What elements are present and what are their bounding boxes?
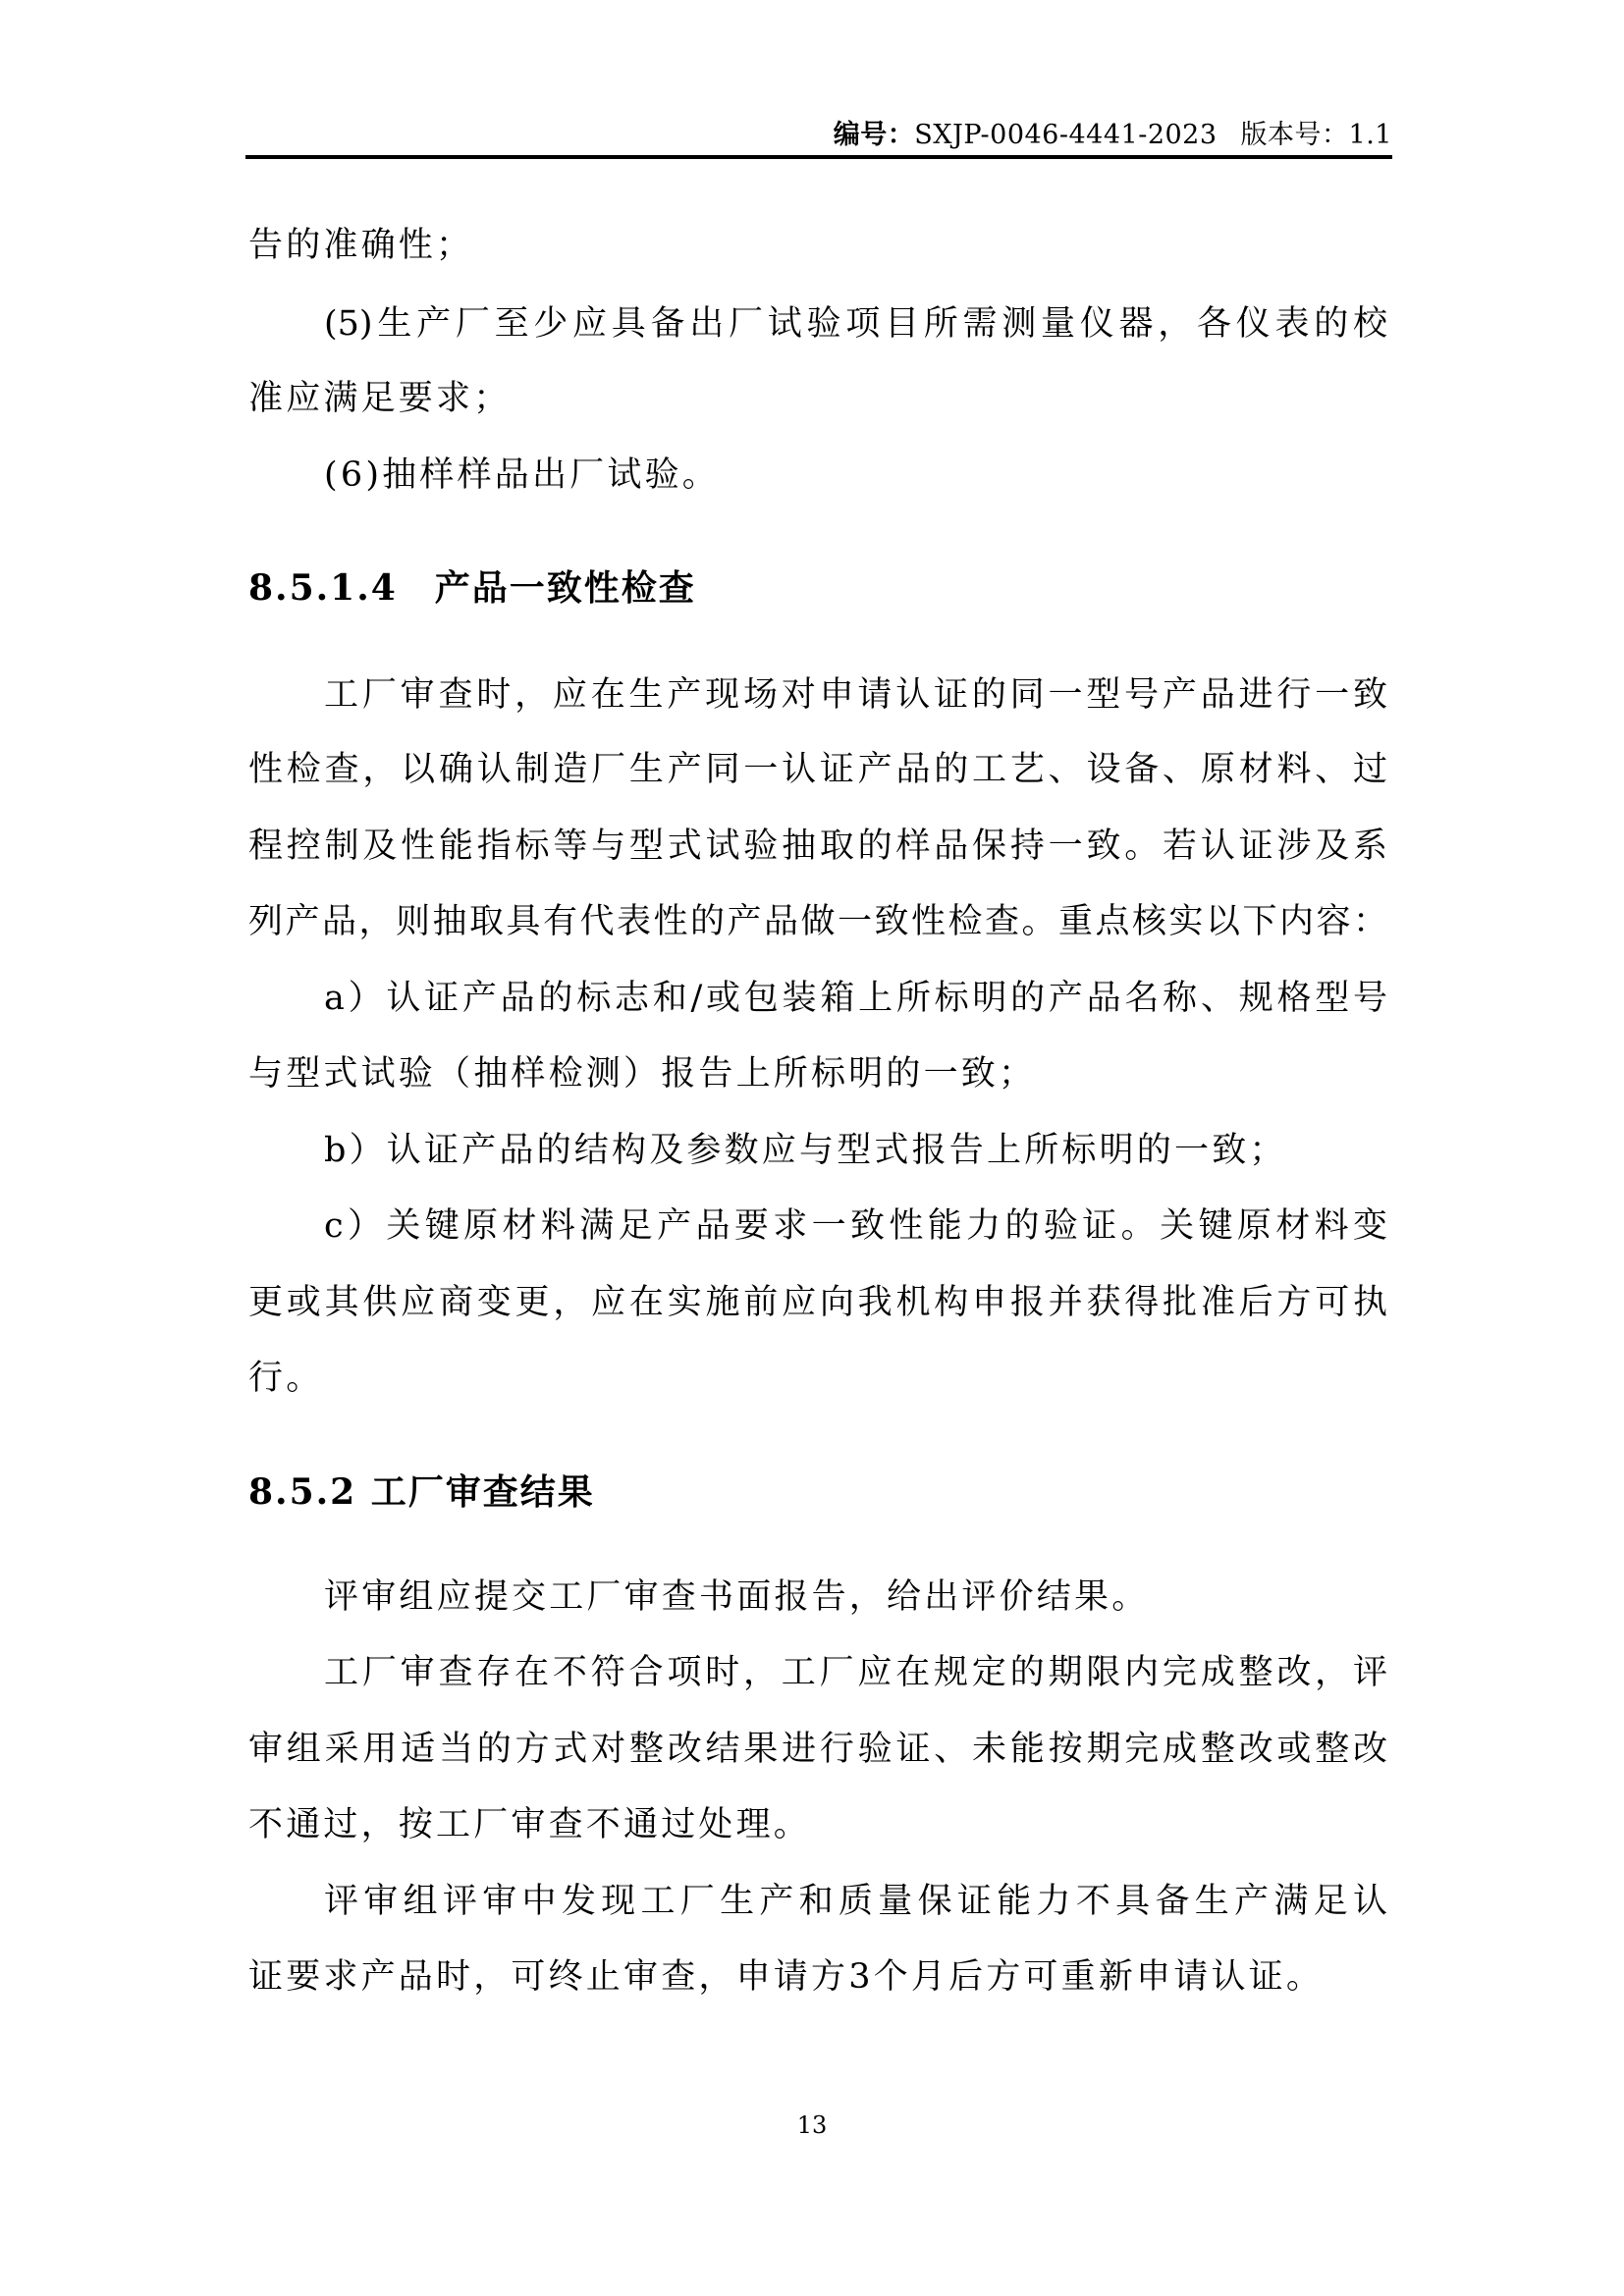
section-852-para-2-line-1: 工厂审查存在不符合项时，工厂应在规定的期限内完成整改，评 [324,1649,1387,1696]
version-label: 版本号： [1241,120,1349,150]
page-number: 13 [0,2110,1624,2140]
item-c-line-3: 行。 [248,1355,323,1402]
section-852-para-3-line-2: 证要求产品时，可终止审查，申请方3个月后方可重新申请认证。 [248,1953,1324,2001]
section-8514-para-line-3: 程控制及性能指标等与型式试验抽取的样品保持一致。若认证涉及系 [248,823,1387,870]
version-number: 1.1 [1349,120,1392,150]
doc-number: SXJP-0046-4441-2023 [914,120,1217,150]
section-852-para-3-line-1: 评审组评审中发现工厂生产和质量保证能力不具备生产满足认 [324,1878,1387,1925]
item-6: (6)抽样样品出厂试验。 [324,452,720,499]
section-8514-para-line-4: 列产品，则抽取具有代表性的产品做一致性检查。重点核实以下内容： [248,898,1387,945]
item-5-line-2: 准应满足要求； [248,375,511,422]
item-a-line-2: 与型式试验（抽样检测）报告上所标明的一致； [248,1050,1036,1097]
item-c-line-2: 更或其供应商变更，应在实施前应向我机构申报并获得批准后方可执 [248,1279,1387,1326]
section-heading-852: 8.5.2 工厂审查结果 [248,1468,595,1516]
continuation-text: 告的准确性； [248,222,473,269]
header-rule [245,155,1392,159]
section-heading-8514: 8.5.1.4 产品一致性检查 [248,564,696,612]
item-c-line-1: c）关键原材料满足产品要求一致性能力的验证。关键原材料变 [324,1202,1387,1250]
section-8514-para-line-1: 工厂审查时，应在生产现场对申请认证的同一型号产品进行一致 [324,671,1387,719]
section-852-para-1: 评审组应提交工厂审查书面报告，给出评价结果。 [324,1574,1149,1621]
section-8514-para-line-2: 性检查，以确认制造厂生产同一认证产品的工艺、设备、原材料、过 [248,746,1387,793]
doc-number-label: 编号： [834,120,915,150]
item-b: b）认证产品的结构及参数应与型式报告上所标明的一致； [324,1127,1287,1174]
item-a-line-1: a）认证产品的标志和/或包装箱上所标明的产品名称、规格型号 [324,975,1387,1022]
document-header: 编号：SXJP-0046-4441-2023版本号：1.1 [245,116,1392,155]
section-852-para-2-line-2: 审组采用适当的方式对整改结果进行验证、未能按期完成整改或整改 [248,1726,1387,1773]
section-852-para-2-line-3: 不通过，按工厂审查不通过处理。 [248,1801,811,1848]
item-5-line-1: (5)生产厂至少应具备出厂试验项目所需测量仪器，各仪表的校 [324,300,1387,347]
